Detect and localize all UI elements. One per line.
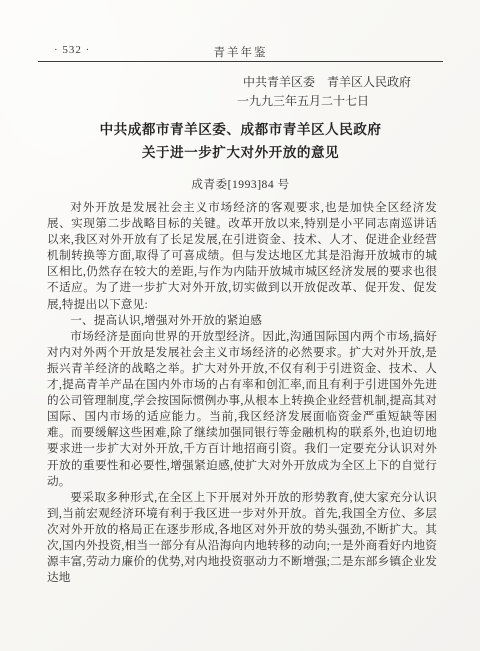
body-paragraph: 要采取多种形式,在全区上下开展对外开放的形势教育,使大家充分认识到,当前宏观经济…: [47, 490, 437, 587]
document-body: 对外开放是发展社会主义市场经济的客观要求,也是加快全区经济发展、实现第二步战略目…: [47, 200, 437, 586]
issuer-names: 中共青羊区委 青羊区人民政府: [38, 73, 411, 92]
issuer-block: 中共青羊区委 青羊区人民政府 一九九三年五月二十七日: [38, 73, 411, 110]
issue-date: 一九九三年五月二十七日: [237, 92, 411, 111]
document-title-line-1: 中共成都市青羊区委、成都市青羊区人民政府: [38, 118, 443, 141]
scanned-yearbook-page: · 532 · 青羊年鉴 中共青羊区委 青羊区人民政府 一九九三年五月二十七日 …: [0, 0, 480, 651]
section-heading: 一、提高认识,增强对外开放的紧迫感: [47, 313, 437, 329]
running-head: · 532 · 青羊年鉴: [38, 44, 443, 62]
document-title-line-2: 关于进一步扩大对外开放的意见: [38, 141, 443, 164]
body-paragraph: 对外开放是发展社会主义市场经济的客观要求,也是加快全区经济发展、实现第二步战略目…: [47, 200, 437, 313]
book-title: 青羊年鉴: [38, 44, 443, 60]
document-number: 成青委[1993]84 号: [38, 176, 443, 192]
document-title: 中共成都市青羊区委、成都市青羊区人民政府 关于进一步扩大对外开放的意见: [38, 118, 443, 164]
body-paragraph: 市场经济是面向世界的开放型经济。因此,沟通国际国内两个市场,搞好对内对外两个开放…: [47, 329, 437, 490]
